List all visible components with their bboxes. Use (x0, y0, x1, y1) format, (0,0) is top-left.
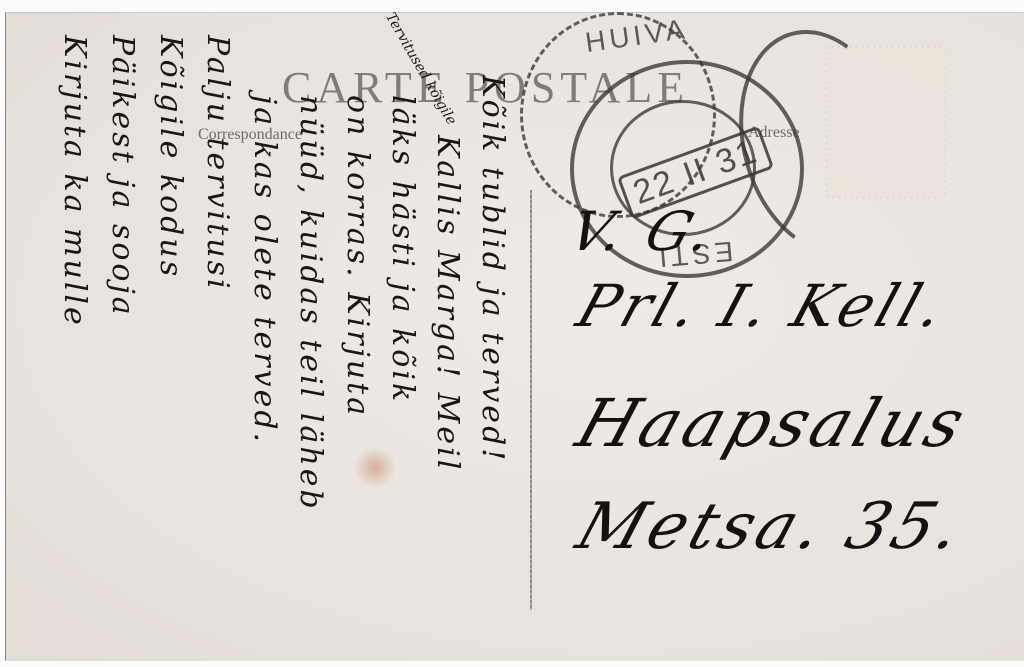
message-line: Kõigile kodus (153, 35, 188, 279)
address-line: Haapsalus (567, 385, 977, 462)
message-line: nüüd, kuidas teil läheb (293, 95, 328, 512)
ink-stain (355, 445, 395, 490)
message-line: läks hästi ja kõik (385, 95, 420, 404)
message-line: Palju tervitusi (200, 35, 235, 292)
message-line: Kallis Marga! Meil (430, 135, 465, 472)
message-line: on korras. Kirjuta (340, 95, 375, 418)
message-line: Kõik tublid ja terved! (475, 75, 510, 463)
address-line: Prl. I. Kell. (569, 272, 957, 340)
handwritten-message: Kõik tublid ja terved! Kallis Marga! Mei… (20, 15, 540, 655)
message-line: ja kas olete terved. (247, 95, 282, 445)
message-line: Päikest ja sooja (105, 35, 140, 318)
address-line: Metsa. 35. (568, 490, 975, 564)
message-line: Kirjuta ka mulle (57, 35, 92, 328)
address-line: V. G. (562, 200, 725, 263)
